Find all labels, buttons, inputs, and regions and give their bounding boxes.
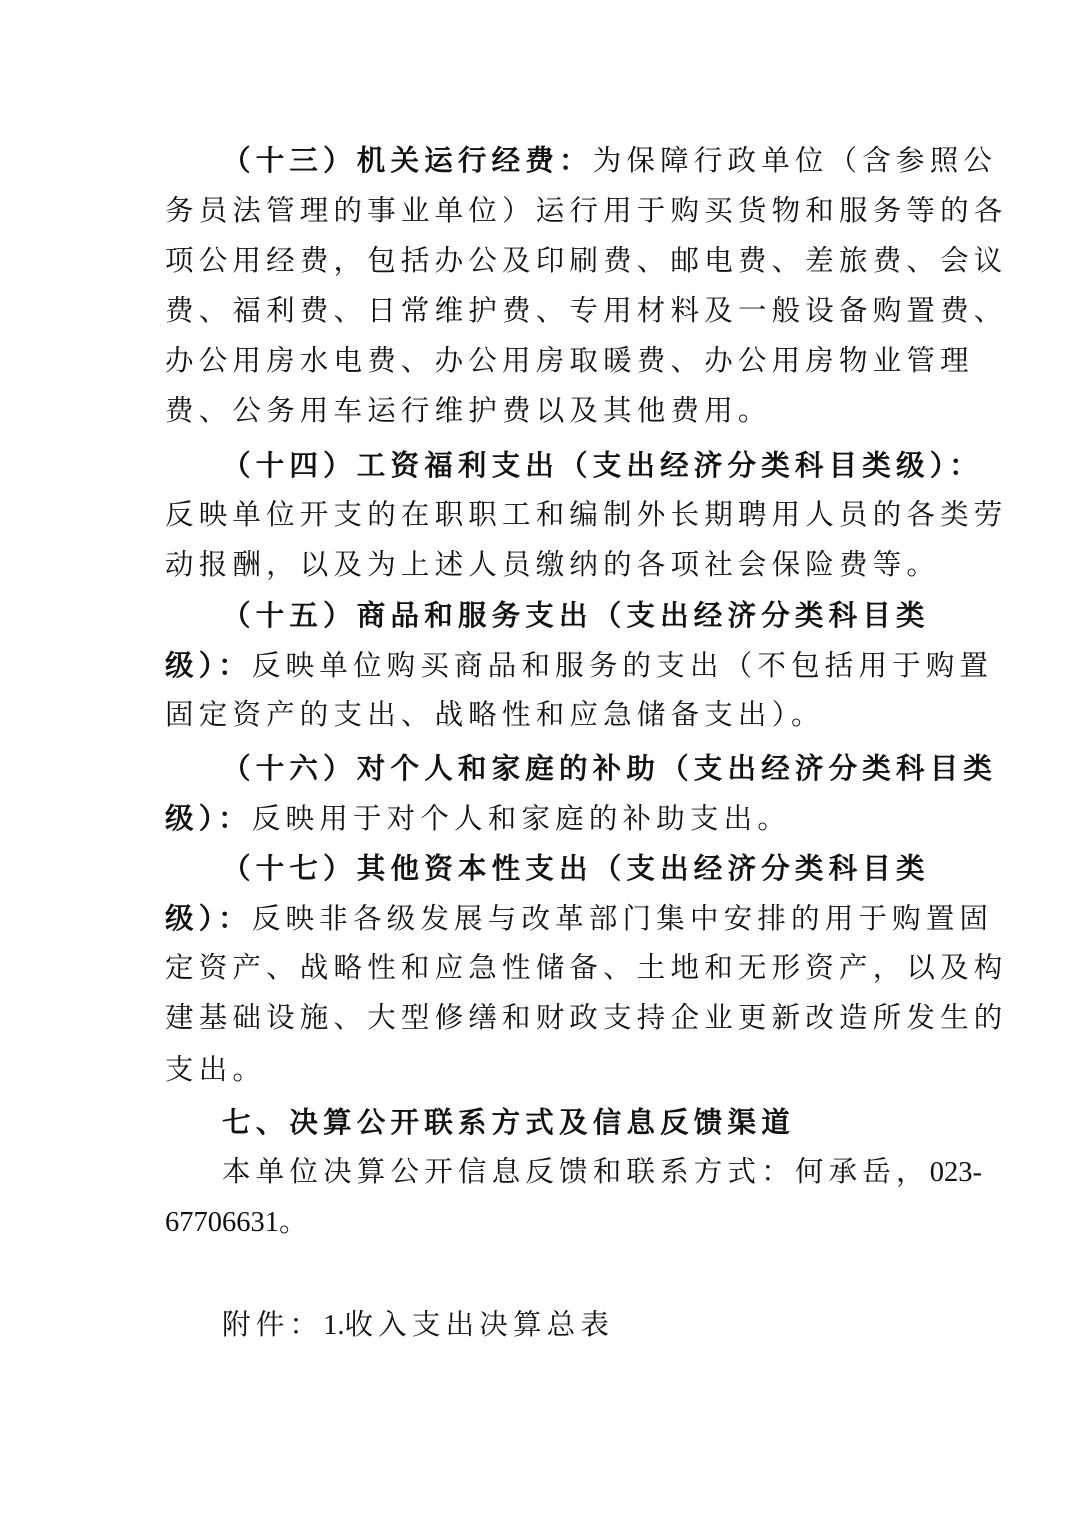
attachment-line: 附件：1.收入支出决算总表: [222, 1307, 614, 1344]
section-17-line-4: 建基础设施、大型修缮和财政支持企业更新改造所发生的: [165, 1000, 1008, 1036]
section-13-line-2: 务员法管理的事业单位）运行用于购买货物和服务等的各: [165, 193, 1008, 229]
section-14-heading: （十四）工资福利支出（支出经济分类科目类级）：: [222, 447, 983, 483]
section-17-line-3: 定资产、战略性和应急性储备、土地和无形资产，以及构: [165, 950, 1008, 986]
section-17-line-5: 支出。: [165, 1052, 266, 1088]
section-13-line-5: 办公用房水电费、办公用房取暖费、办公用房物业管理: [165, 343, 974, 379]
contact-line-1: 本单位决算公开信息反馈和联系方式：何承岳，023-: [222, 1154, 982, 1191]
section-13-heading: （十三）机关运行经费：: [222, 143, 593, 177]
section-13-line-3: 项公用经费，包括办公及印刷费、邮电费、差旅费、会议: [165, 243, 1008, 279]
section-15-line-3: 固定资产的支出、战略性和应急储备支出）。: [165, 697, 825, 733]
contact-heading: 七、决算公开联系方式及信息反馈渠道: [222, 1104, 795, 1140]
contact-line-2: 67706631。: [165, 1204, 313, 1241]
section-13-line-4: 费、福利费、日常维护费、专用材料及一般设备购置费、: [165, 293, 1008, 329]
section-15-heading: （十五）商品和服务支出（支出经济分类科目类: [222, 597, 930, 633]
section-13-line-6: 费、公务用车运行维护费以及其他费用。: [165, 393, 772, 429]
section-16-heading: （十六）对个人和家庭的补助（支出经济分类科目类: [222, 750, 997, 786]
section-15-line-2: 级）：反映单位购买商品和服务的支出（不包括用于购置: [165, 647, 993, 684]
attachment-title: 收入支出决算总表: [344, 1308, 614, 1341]
section-17-heading: （十七）其他资本性支出（支出经济分类科目类: [222, 850, 930, 886]
document-page: （十三）机关运行经费：为保障行政单位（含参照公 务员法管理的事业单位）运行用于购…: [0, 0, 1075, 1521]
section-17-line-2: 级）：反映非各级发展与改革部门集中安排的用于购置固: [165, 900, 993, 937]
section-14-line-2: 反映单位开支的在职职工和编制外长期聘用人员的各类劳: [165, 497, 1008, 533]
phone-number: 67706631: [165, 1207, 279, 1238]
section-16-line-2: 级）：反映用于对个人和家庭的补助支出。: [165, 800, 791, 837]
attachment-number: 1.: [323, 1310, 344, 1341]
section-14-line-3: 动报酬，以及为上述人员缴纳的各项社会保险费等。: [165, 547, 940, 583]
attachment-label: 附件：: [222, 1308, 323, 1341]
section-13-line-1: （十三）机关运行经费：为保障行政单位（含参照公: [222, 142, 997, 179]
phone-prefix: 023-: [930, 1157, 982, 1188]
